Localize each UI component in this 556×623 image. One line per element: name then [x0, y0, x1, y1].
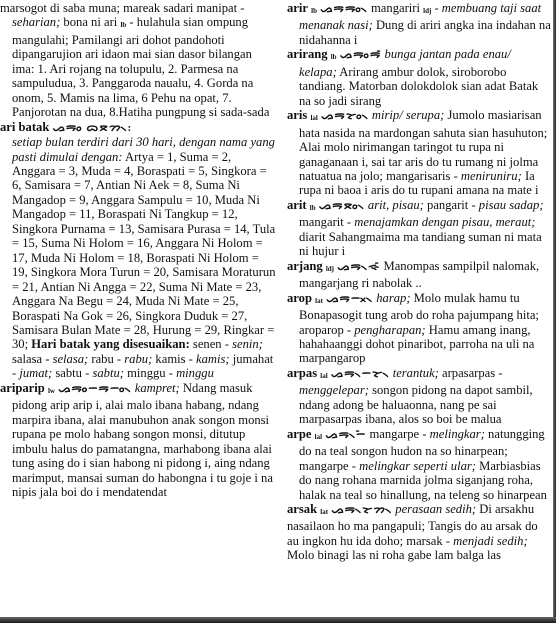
day-indonesian: senin; [232, 337, 263, 351]
subheading: Hari batak yang disesuaikan: [31, 337, 190, 351]
definition: perasaan sedih; [392, 502, 476, 516]
entry-arpas: arpas lal ᯀᯒ᯲ᯇᯘ᯲ terantuk; arpasarpas - … [287, 366, 551, 427]
right-column: arir lb ᯀᯒᯪᯒ᯲ mangariri ldj - membuang t… [287, 1, 551, 563]
definition: pisau sadap; [479, 198, 544, 212]
headword: arpas [287, 366, 317, 380]
day-indonesian: sabtu; [92, 366, 123, 380]
entry-text: mangarpe - [366, 427, 429, 441]
label-code: lb [311, 7, 317, 15]
definition: harap; [373, 291, 410, 305]
label-code: lal [310, 114, 317, 122]
batak-script: ᯀᯒᯪᯖ᯲ [319, 200, 365, 212]
label-code: lw [48, 387, 55, 395]
definition: pengharapan; [354, 323, 425, 337]
entry-arir: arir lb ᯀᯒᯪᯒ᯲ mangariri ldj - membuang t… [287, 1, 551, 47]
definition: menggelepar; [299, 383, 369, 397]
batak-script: ᯀᯒᯬᯇ᯲ [326, 293, 373, 305]
headword: arsak [287, 502, 317, 516]
day-batak: minggu - [124, 366, 176, 380]
entry-arpe: arpe lal ᯀᯒ᯲ᯇᯩ mangarpe - melingkar; nat… [287, 427, 551, 502]
definition: melingkar; [430, 427, 485, 441]
definition: melingkar seperti ular; [359, 459, 476, 473]
batak-script: ᯀᯒᯪ ᯅᯖᯂ᯲: [53, 122, 133, 134]
day-indonesian: minggu [176, 366, 214, 380]
entry-aris: aris lal ᯀᯒᯪᯘ᯲ mirip/ serupa; Jumolo mas… [287, 108, 551, 198]
batak-script: ᯀᯒ᯲ᯐᯰ [337, 261, 380, 273]
day-indonesian: rabu; [124, 352, 152, 366]
day-indonesian: jumat; [19, 366, 52, 380]
headword: arjang [287, 259, 323, 273]
entry-arop: arop lat ᯀᯒᯬᯇ᯲ harap; Molo mulak hamu tu… [287, 291, 551, 366]
definition: menajamkan dengan pisau, meraut; [354, 215, 535, 229]
label-code: lb [310, 204, 316, 212]
entry-ariparip: ariparip lw ᯀᯒᯪᯇᯒᯪᯇ᯲ kampret; Ndang masu… [0, 381, 276, 500]
headword: aris [287, 108, 307, 122]
batak-script: ᯀᯒᯪᯇᯒᯪᯇ᯲ [58, 383, 132, 395]
entry-text: mangariri [368, 1, 423, 15]
entry-arit: arit lb ᯀᯒᯪᯖ᯲ arit, pisau; pangarit - pi… [287, 198, 551, 259]
definition: terantuk; [390, 366, 439, 380]
day-batak: salasa - [12, 352, 53, 366]
label-code: lal [315, 433, 322, 441]
label-code: lat [315, 297, 323, 305]
definition: menjadi sedih; [453, 534, 528, 548]
entry-text: - [431, 1, 442, 15]
batak-script: ᯀᯒ᯲ᯇᯘ᯲ [331, 368, 390, 380]
batak-script: ᯀᯒᯪᯒ᯲ [320, 3, 368, 15]
batak-script: ᯀᯒᯪᯒᯰ [340, 49, 382, 61]
label-code: ldj [326, 265, 334, 273]
batak-script: ᯀᯒᯪᯘ᯲ [321, 110, 369, 122]
definition: arit, pisau; [365, 198, 424, 212]
definition: kampret; [135, 381, 180, 395]
dictionary-page: marsogot di saba muna; mareak sadari man… [0, 0, 553, 617]
entry-text: mangarit - [299, 215, 354, 229]
headword: ariparip [0, 381, 45, 395]
headword: arop [287, 291, 312, 305]
batak-script: ᯀᯒ᯲ᯘᯂ᯲ [331, 504, 392, 516]
day-indonesian: kamis; [196, 352, 230, 366]
headword: arpe [287, 427, 311, 441]
definition: meniruniru; [461, 169, 522, 183]
label-code: lal [320, 372, 327, 380]
entry-arsak: arsak lat ᯀᯒ᯲ᯘᯂ᯲ perasaan sedih; Di arsa… [287, 502, 551, 563]
entry-ari-batak: ari batak ᯀᯒᯪ ᯅᯖᯂ᯲: setiap bulan terdiri… [0, 120, 276, 381]
day-batak: rabu - [88, 352, 124, 366]
entry-continuation: marsogot di saba muna; mareak sadari man… [0, 1, 276, 120]
definition: mirip/ serupa; [369, 108, 445, 122]
day-batak: senen - [190, 337, 232, 351]
day-batak: sabtu - [52, 366, 92, 380]
headword: ari batak [0, 120, 49, 134]
day-indonesian: selasa; [53, 352, 89, 366]
headword: arirang [287, 47, 328, 61]
entry-arjang: arjang ldj ᯀᯒ᯲ᯐᯰ Manompas sampilpil nalo… [287, 259, 551, 291]
batak-script: ᯀᯒ᯲ᯇᯩ [325, 429, 366, 441]
day-batak: kamis - [152, 352, 196, 366]
entry-text: Molo binagi las ni roha gabe lam balga l… [287, 548, 501, 562]
entry-text: arpasarpas - [439, 366, 503, 380]
label-code: lat [320, 508, 328, 516]
entry-text: pangarit - [424, 198, 479, 212]
entry-arirang: arirang lb ᯀᯒᯪᯒᯰ bunga jantan pada enau/… [287, 47, 551, 108]
label-code: lb [331, 53, 337, 61]
entry-text: Manompas sampilpil nalomak, mangarjang r… [299, 259, 539, 290]
left-column: marsogot di saba muna; mareak sadari man… [0, 1, 276, 499]
entry-text: diarit Sahangmaima ma tandiang suman ni … [299, 230, 542, 258]
headword: arit [287, 198, 307, 212]
page-shadow-bottom [0, 617, 556, 623]
headword: arir [287, 1, 308, 15]
